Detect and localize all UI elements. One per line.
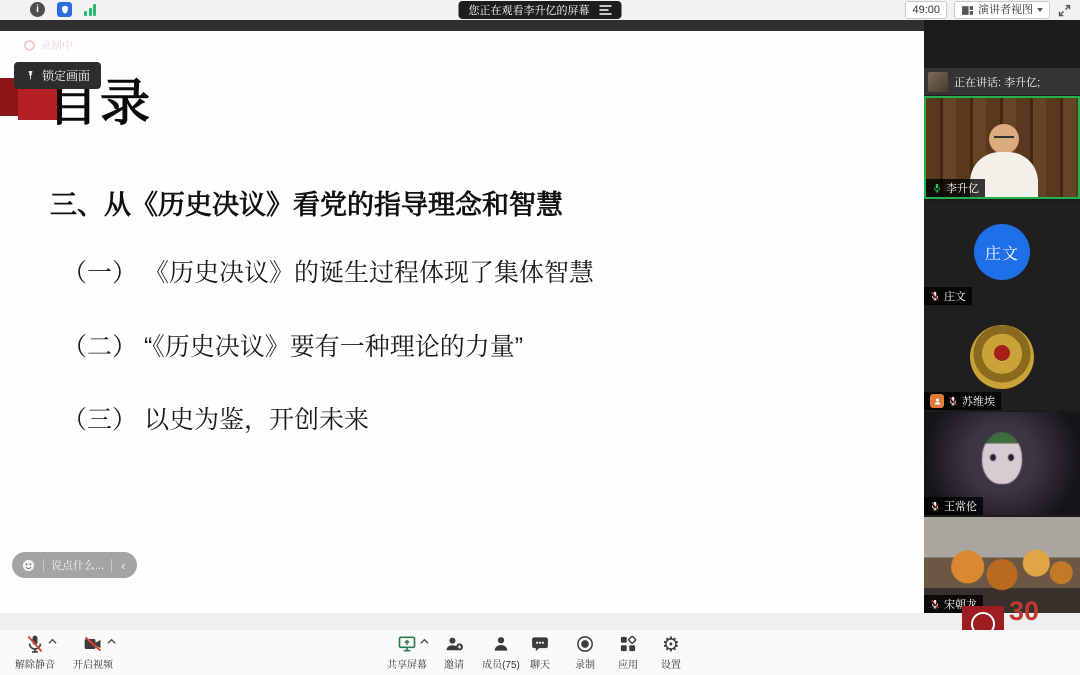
view-mode-button[interactable]: 演讲者视图 bbox=[954, 1, 1050, 19]
avatar: 庄文 bbox=[974, 224, 1030, 280]
participant-name: 苏维埃 bbox=[962, 393, 995, 409]
apps-button[interactable]: 应用 bbox=[606, 633, 650, 671]
start-video-button[interactable]: 开启视频 bbox=[66, 633, 120, 671]
slide-item-3: （三） 以史为鉴，开创未来 bbox=[62, 400, 369, 436]
slide-item-1: （一） 《历史决议》的诞生过程体现了集体智慧 bbox=[62, 253, 594, 289]
collapse-icon[interactable]: ‹ bbox=[119, 559, 127, 572]
chevron-up-icon[interactable] bbox=[107, 638, 116, 645]
speaker-avatar bbox=[928, 72, 948, 92]
soviet-emblem-image bbox=[970, 325, 1034, 389]
meeting-window: i 您正在观看李升亿的屏幕 49:00 演讲者视图 bbox=[0, 0, 1080, 675]
recording-indicator: 录制中 bbox=[24, 37, 73, 53]
layout-icon bbox=[961, 4, 974, 17]
mic-on-icon bbox=[932, 182, 942, 194]
participant-name-pill: 李升亿 bbox=[926, 179, 985, 197]
participant-name-pill: 苏维埃 bbox=[924, 392, 1001, 410]
lock-view-button[interactable]: 锁定画面 bbox=[14, 62, 101, 89]
participant-name: 庄文 bbox=[944, 288, 966, 304]
participant-name: 王常伦 bbox=[944, 498, 977, 514]
participants-panel: 正在讲话: 李升亿; 李升亿 庄文 庄文 bbox=[924, 20, 1080, 613]
top-bar: i 您正在观看李升亿的屏幕 49:00 演讲者视图 bbox=[0, 0, 1080, 20]
share-screen-label: 共享屏幕 bbox=[387, 656, 427, 671]
slide-heading: 三、从《历史决议》看党的指导理念和智慧 bbox=[50, 183, 563, 222]
watching-banner-text: 您正在观看李升亿的屏幕 bbox=[469, 2, 590, 18]
lock-view-label: 锁定画面 bbox=[42, 67, 90, 84]
view-mode-label: 演讲者视图 bbox=[978, 3, 1033, 17]
participant-name: 李升亿 bbox=[946, 180, 979, 196]
security-shield-icon[interactable] bbox=[57, 2, 72, 17]
members-label: 成员(75) bbox=[482, 656, 520, 671]
settings-button[interactable]: ⚙ 设置 bbox=[649, 633, 693, 671]
mic-muted-icon bbox=[25, 634, 45, 654]
record-button[interactable]: 录制 bbox=[563, 633, 607, 671]
record-label: 录制 bbox=[575, 656, 595, 671]
unmute-label: 解除静音 bbox=[15, 656, 55, 671]
invite-icon bbox=[444, 634, 465, 654]
active-speaker-bar: 正在讲话: 李升亿; bbox=[924, 68, 1080, 95]
mic-muted-icon bbox=[948, 395, 958, 407]
watching-banner[interactable]: 您正在观看李升亿的屏幕 bbox=[459, 1, 622, 19]
fullscreen-icon[interactable] bbox=[1057, 3, 1072, 18]
camera-off-icon bbox=[82, 634, 104, 654]
person-badge-icon bbox=[930, 394, 944, 408]
start-video-label: 开启视频 bbox=[73, 656, 113, 671]
chat-label: 聊天 bbox=[530, 656, 550, 671]
mic-muted-icon bbox=[930, 598, 940, 610]
chevron-up-icon[interactable] bbox=[48, 638, 57, 645]
chevron-down-icon bbox=[1037, 8, 1043, 12]
shared-slide: 录制中 目录 三、从《历史决议》看党的指导理念和智慧 （一） 《历史决议》的诞生… bbox=[0, 31, 924, 613]
meeting-info-icon[interactable]: i bbox=[30, 2, 45, 17]
slide-item-2: （二） “《历史决议》要有一种理论的力量” bbox=[62, 327, 523, 363]
recording-label: 录制中 bbox=[40, 37, 73, 53]
members-icon bbox=[491, 634, 511, 654]
apps-icon bbox=[618, 634, 638, 654]
shared-screen-border bbox=[0, 20, 1080, 31]
video-tile-songchaolong[interactable]: 宋朝龙 bbox=[924, 517, 1080, 613]
video-tile-lishengyi[interactable]: 李升亿 bbox=[924, 96, 1080, 199]
participant-name-pill: 庄文 bbox=[924, 287, 972, 305]
invite-label: 邀请 bbox=[444, 656, 464, 671]
bottom-toolbar: 解除静音 开启视频 共享屏幕 bbox=[0, 630, 1080, 675]
active-speaker-label: 正在讲话: 李升亿; bbox=[954, 74, 1040, 90]
unmute-button[interactable]: 解除静音 bbox=[8, 633, 62, 671]
mic-muted-icon bbox=[930, 500, 940, 512]
share-screen-button[interactable]: 共享屏幕 bbox=[378, 633, 436, 671]
video-tile-zhuangwen[interactable]: 庄文 庄文 bbox=[924, 202, 1080, 305]
chat-input[interactable]: 说点什么... bbox=[51, 557, 104, 573]
video-tile-suwei[interactable]: 苏维埃 bbox=[924, 307, 1080, 410]
emoji-icon[interactable] bbox=[21, 558, 36, 573]
chat-quick-bar[interactable]: 说点什么... ‹ bbox=[12, 552, 137, 578]
avatar-image bbox=[982, 432, 1022, 484]
chat-icon bbox=[530, 634, 550, 654]
participant-name-pill: 王常伦 bbox=[924, 497, 983, 515]
invite-button[interactable]: 邀请 bbox=[432, 633, 476, 671]
settings-label: 设置 bbox=[661, 656, 681, 671]
slide-page-number: 30 bbox=[1009, 596, 1039, 627]
apps-label: 应用 bbox=[618, 656, 638, 671]
record-icon bbox=[575, 634, 595, 654]
chat-button[interactable]: 聊天 bbox=[518, 633, 562, 671]
share-screen-icon bbox=[397, 634, 417, 654]
presenter-glasses bbox=[994, 136, 1014, 143]
recording-dot-icon bbox=[24, 40, 35, 51]
pin-icon bbox=[25, 69, 36, 82]
banner-menu-icon[interactable] bbox=[600, 5, 612, 15]
meeting-timer: 49:00 bbox=[905, 1, 947, 19]
network-signal-icon[interactable] bbox=[84, 3, 96, 16]
mic-muted-icon bbox=[930, 290, 940, 302]
video-tile-wangchanglun[interactable]: 王常伦 bbox=[924, 412, 1080, 515]
divider bbox=[111, 559, 112, 572]
gear-icon: ⚙ bbox=[662, 634, 680, 654]
chevron-up-icon[interactable] bbox=[420, 638, 429, 645]
divider bbox=[43, 559, 44, 572]
